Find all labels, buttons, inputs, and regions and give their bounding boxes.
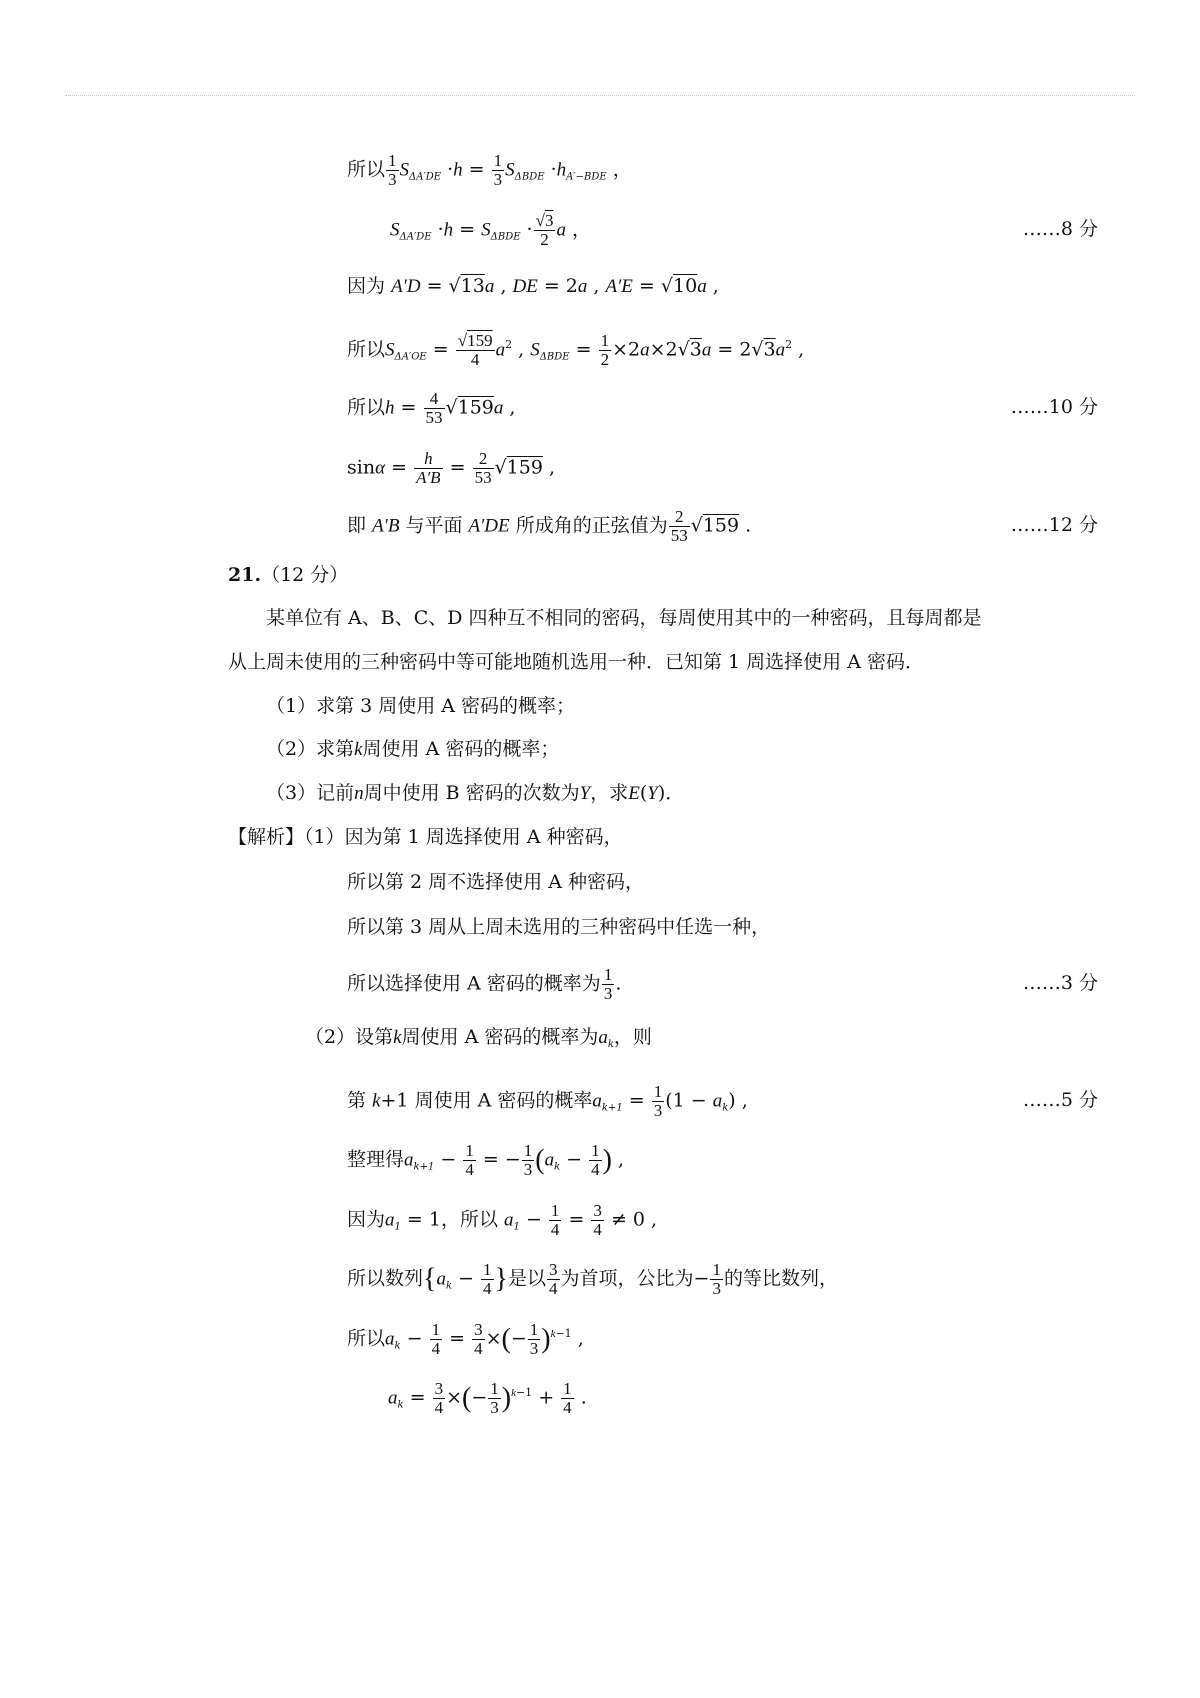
conclusion-sine-value: 即 A′B 与平面 A′DE 所成角的正弦值为253√159 . [347, 508, 751, 545]
solution-geometric-sequence: 所以数列{ak − 14}是以34为首项，公比为−13的等比数列， [347, 1261, 838, 1299]
eq-volume-equality: 所以13SΔA′DE ·h = 13SΔBDE ·hA′−BDE ， [347, 152, 632, 190]
question-21-header: 21.（12 分） [228, 563, 348, 587]
solution-part1-line4: 所以选择使用 A 密码的概率为13. [347, 966, 621, 1003]
score-3: ……3 分 [1023, 968, 1098, 995]
solution-rearranged: 整理得ak+1 − 14 = −13(ak − 14) , [347, 1142, 624, 1180]
question-number: 21. [228, 564, 261, 586]
score-10: ……10 分 [1011, 392, 1098, 419]
solution-label: 【解析】 [228, 826, 304, 848]
eq-sine-alpha: sinα = hA′B = 253√159 , [347, 450, 555, 487]
question-stem-line2: 从上周未使用的三种密码中等可能地随机选用一种．已知第 1 周选择使用 A 密码． [228, 650, 924, 674]
solution-part1-line3: 所以第 3 周从上周未选用的三种密码中任选一种， [347, 915, 770, 939]
score-12: ……12 分 [1011, 510, 1098, 537]
question-part-1: （1）求第 3 周使用 A 密码的概率； [266, 694, 575, 718]
eq-side-lengths: 因为 A′D = √13a , DE = 2a , A′E = √10a , [347, 274, 719, 299]
eq-height-result: 所以h = 453√159a , [347, 390, 515, 427]
score-8: ……8 分 [1023, 214, 1098, 241]
question-points: （12 分） [261, 564, 348, 586]
solution-part2-line1: （2）设第k周使用 A 密码的概率为ak，则 [305, 1025, 652, 1057]
page-header-separator [65, 95, 1135, 96]
solution-part1-line1: 【解析】（1）因为第 1 周选择使用 A 种密码， [228, 825, 623, 849]
question-stem-line1: 某单位有 A、B、C、D 四种互不相同的密码，每周使用其中的一种密码，且每周都是 [266, 606, 982, 630]
eq-triangle-areas: 所以SΔA′OE = √1594a2 , SΔBDE = 12×2a×2√3a … [347, 332, 804, 370]
solution-recurrence: 第 k+1 周使用 A 密码的概率ak+1 = 13(1 − ak) , [347, 1083, 748, 1121]
question-part-2: （2）求第k周使用 A 密码的概率； [266, 737, 559, 762]
solution-general-term-shifted: 所以ak − 14 = 34×(−13)k−1 , [347, 1321, 584, 1359]
question-part-3: （3）记前n周中使用 B 密码的次数为Y，求E(Y)． [266, 781, 684, 806]
solution-part1-line2: 所以第 2 周不选择使用 A 种密码， [347, 870, 644, 894]
eq-area-height: SΔA′DE ·h = SΔBDE ·√32a ， [390, 212, 591, 250]
solution-general-term: ak = 34×(−13)k−1 + 14 . [388, 1380, 587, 1418]
score-5: ……5 分 [1023, 1085, 1098, 1112]
solution-initial-term: 因为a1 = 1，所以 a1 − 14 = 34 ≠ 0 , [347, 1202, 657, 1240]
